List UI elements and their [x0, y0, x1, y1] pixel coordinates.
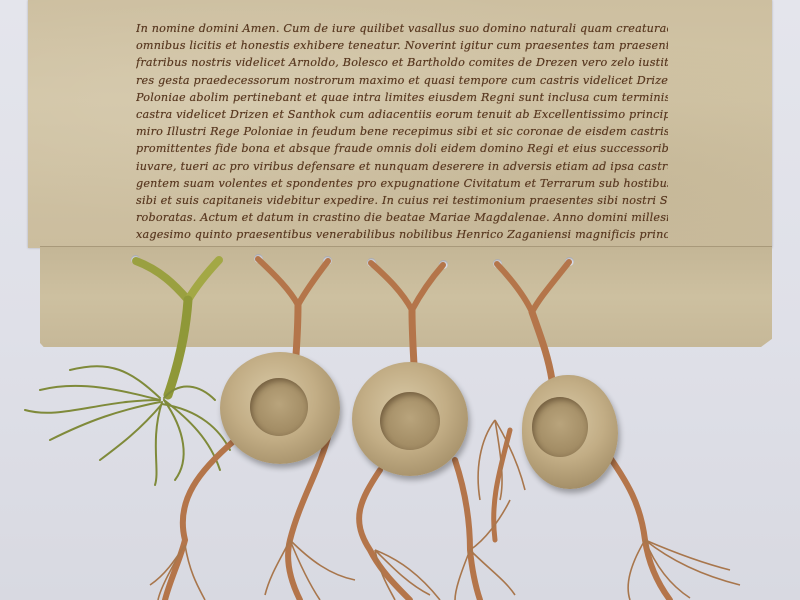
cords-and-tassels: [0, 0, 800, 600]
charter-photograph: In nomine domini Amen. Cum de iure quili…: [0, 0, 800, 600]
seal-impression: [532, 397, 588, 457]
wax-seal-right: [522, 375, 618, 489]
wax-seal-center: [352, 362, 468, 476]
green-cord: [25, 260, 230, 485]
seal-impression: [250, 378, 308, 436]
wax-seal-left: [220, 352, 340, 464]
seal-impression: [380, 392, 440, 450]
